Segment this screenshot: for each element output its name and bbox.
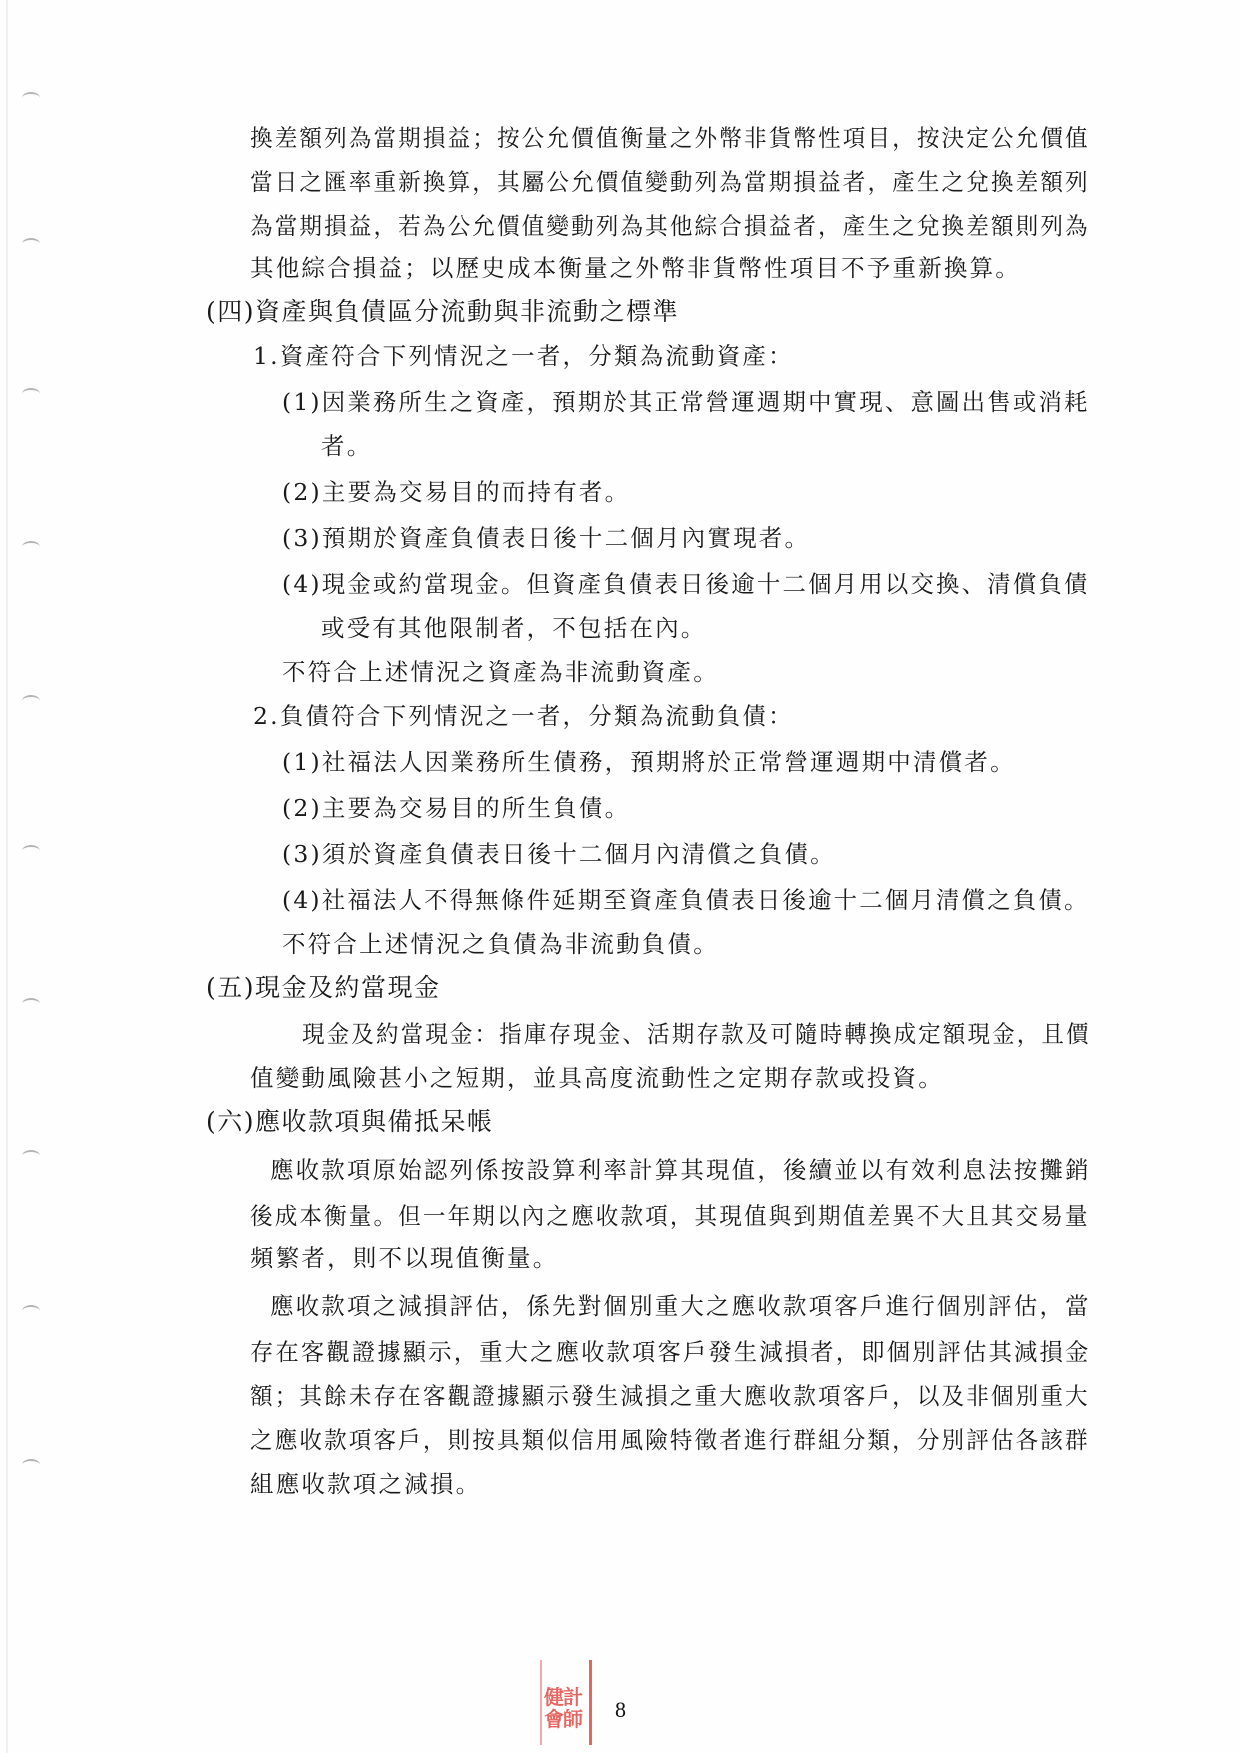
text-line: 額；其餘未存在客觀證據顯示發生減損之重大應收款項客戶，以及非個別重大 [250,1381,1090,1411]
text-line: 者。 [321,431,372,461]
stamp-text-line-2: 會師 [544,1708,589,1730]
text-line: (1)因業務所生之資產，預期於其正常營運週期中實現、意圖出售或消耗 [282,387,1090,417]
text-line: 值變動風險甚小之短期，並具高度流動性之定期存款或投資。 [250,1063,944,1093]
binder-hole-mark-icon [22,1150,40,1162]
binder-hole-mark-icon [22,541,40,553]
text-line: 現金及約當現金：指庫存現金、活期存款及可隨時轉換成定額現金，且價 [302,1019,1091,1049]
text-line: (1)社福法人因業務所生債務，預期將於正常營運週期中清償者。 [282,747,1016,777]
document-page: 換差額列為當期損益；按公允價值衡量之外幣非貨幣性項目，按決定公允價值當日之匯率重… [0,0,1240,1753]
text-line: (4)現金或約當現金。但資產負債表日後逾十二個月用以交換、清償負債 [282,569,1090,599]
binder-hole-mark-icon [22,1459,40,1471]
text-line: 後成本衡量。但一年期以內之應收款項，其現值與到期值差異不大且其交易量 [250,1201,1090,1231]
binder-hole-mark-icon [22,388,40,400]
text-line: 其他綜合損益；以歷史成本衡量之外幣非貨幣性項目不予重新換算。 [250,253,1021,283]
auditor-stamp: 健計 會師 [540,1660,592,1745]
text-line: (3)預期於資產負債表日後十二個月內實現者。 [282,523,810,553]
text-line: (2)主要為交易目的所生負債。 [282,793,630,823]
section-heading: (六)應收款項與備抵呆帳 [206,1107,494,1137]
binder-hole-mark-icon [22,92,40,104]
text-line: 或受有其他限制者，不包括在內。 [321,613,707,643]
text-line: 換差額列為當期損益；按公允價值衡量之外幣非貨幣性項目，按決定公允價值 [250,123,1090,153]
text-line: 不符合上述情況之資產為非流動資產。 [282,657,719,687]
text-line: 存在客觀證據顯示，重大之應收款項客戶發生減損者，即個別評估其減損金 [250,1337,1090,1367]
text-line: (3)須於資產負債表日後十二個月內清償之負債。 [282,839,836,869]
text-line: 組應收款項之減損。 [250,1469,481,1499]
section-heading: (四)資產與負債區分流動與非流動之標準 [206,297,679,327]
text-line: 應收款項之減損評估，係先對個別重大之應收款項客戶進行個別評估，當 [270,1291,1091,1321]
binder-hole-mark-icon [22,238,40,250]
binder-hole-mark-icon [22,695,40,707]
text-line: 當日之匯率重新換算，其屬公允價值變動列為當期損益者，產生之兌換差額列 [250,167,1090,197]
text-line: (2)主要為交易目的而持有者。 [282,477,630,507]
binder-hole-mark-icon [22,998,40,1010]
scan-edge [6,0,8,1753]
text-line: 應收款項原始認列係按設算利率計算其現值，後續並以有效利息法按攤銷 [270,1155,1091,1185]
page-number: 8 [615,1697,626,1723]
text-line: 為當期損益，若為公允價值變動列為其他綜合損益者，產生之兌換差額則列為 [250,211,1090,241]
stamp-text-line-1: 健計 [544,1686,589,1708]
text-line: 1.資產符合下列情況之一者，分類為流動資產： [253,341,794,371]
text-line: 不符合上述情況之負債為非流動負債。 [282,929,719,959]
text-line: 頻繁者，則不以現值衡量。 [250,1243,558,1273]
section-heading: (五)現金及約當現金 [206,973,441,1003]
text-line: 2.負債符合下列情況之一者，分類為流動負債： [253,701,794,731]
text-line: (4)社福法人不得無條件延期至資產負債表日後逾十二個月清償之負債。 [282,885,1090,915]
binder-hole-mark-icon [22,1305,40,1317]
text-line: 之應收款項客戶，則按具類似信用風險特徵者進行群組分類，分別評估各該群 [250,1425,1090,1455]
binder-hole-mark-icon [22,845,40,857]
